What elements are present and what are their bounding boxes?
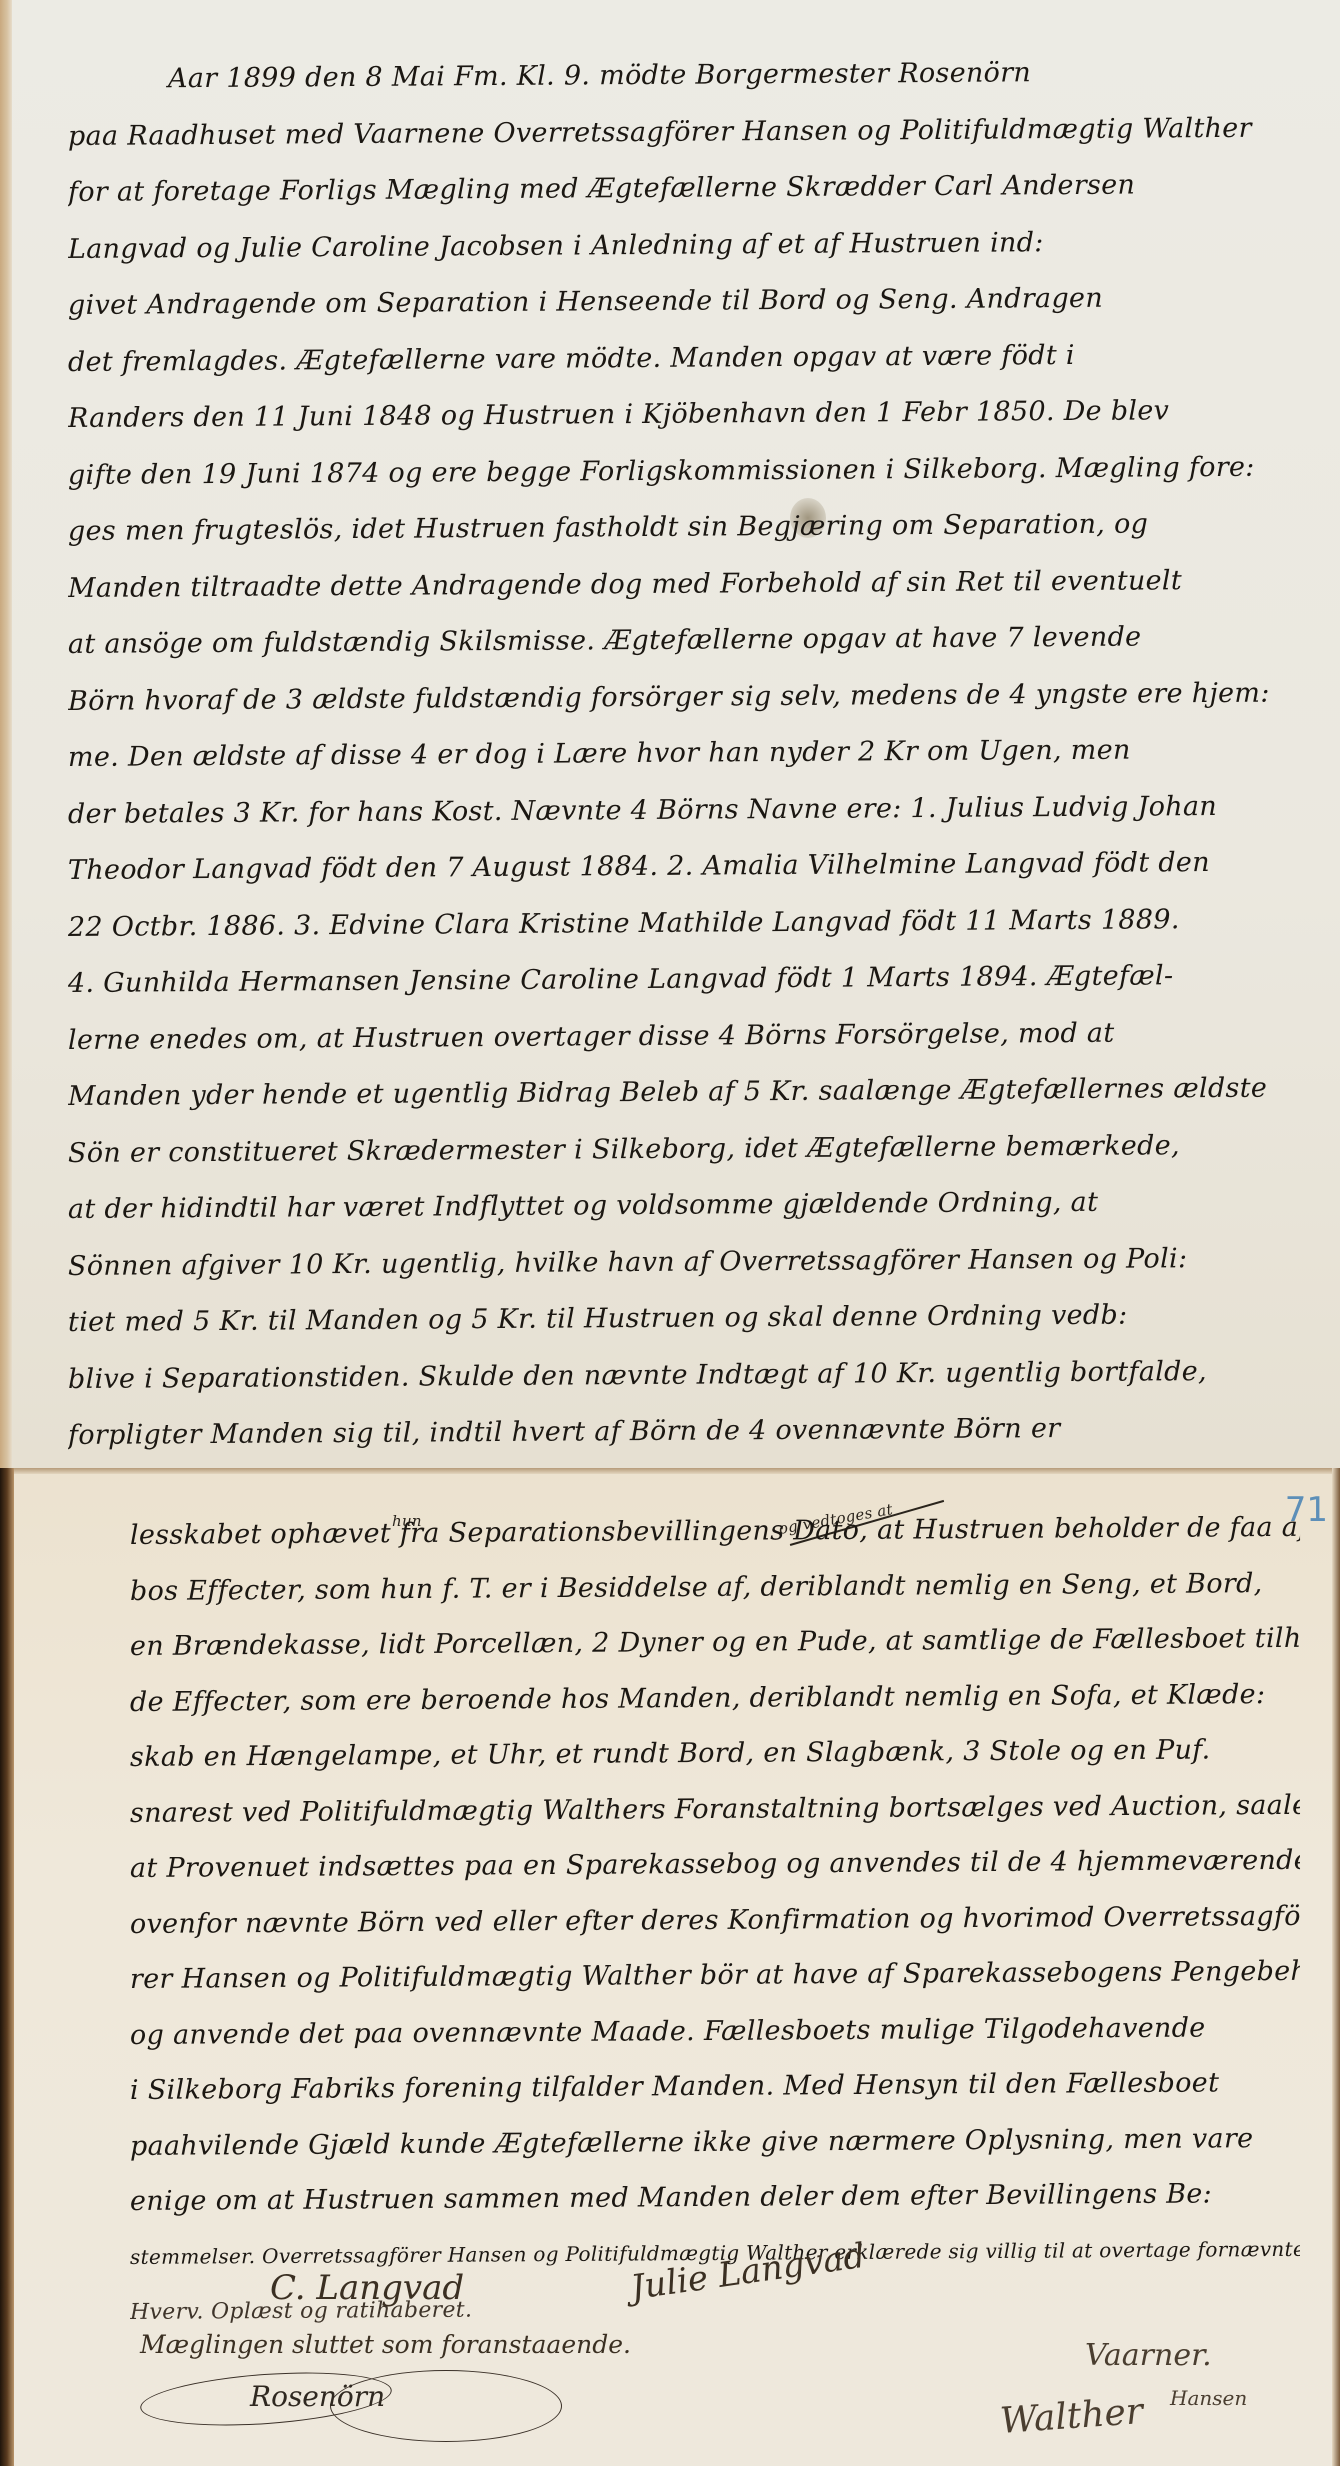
text-line: tiet med 5 Kr. til Manden og 5 Kr. til H… [68, 1287, 1280, 1352]
text-line: Sön er constitueret Skrædermester i Silk… [68, 1117, 1280, 1182]
text-line: Aar 1899 den 8 Mai Fm. Kl. 9. mödte Borg… [68, 44, 1280, 109]
handwritten-text-upper: Aar 1899 den 8 Mai Fm. Kl. 9. mödte Borg… [68, 52, 1280, 1468]
mediators-label: Vaarner. [1085, 2338, 1212, 2373]
text-line: snarest ved Politifuldmægtig Walthers Fo… [130, 1777, 1300, 1841]
text-line: Sönnen afgiver 10 Kr. ugentlig, hvilke h… [68, 1230, 1280, 1295]
text-line: en Brændekasse, lidt Porcellæn, 2 Dyner … [130, 1611, 1300, 1675]
text-line: at Provenuet indsættes paa en Sparekasse… [130, 1833, 1300, 1897]
signature-husband: C. Langvad [270, 2268, 464, 2308]
document-page-upper: Aar 1899 den 8 Mai Fm. Kl. 9. mödte Borg… [0, 0, 1340, 1468]
text-line: ovenfor nævnte Börn ved eller efter dere… [130, 1888, 1300, 1952]
text-line: skab en Hængelampe, et Uhr, et rundt Bor… [130, 1722, 1300, 1786]
text-line: bos Effecter, som hun f. T. er i Besidde… [130, 1555, 1300, 1619]
book-binding [0, 1468, 14, 2466]
text-line: Manden yder hende et ugentlig Bidrag Bel… [68, 1061, 1280, 1126]
signature-chair: Rosenörn [140, 2368, 570, 2448]
text-line: lerne enedes om, at Hustruen overtager d… [68, 1004, 1280, 1069]
text-line: 22 Octbr. 1886. 3. Edvine Clara Kristine… [68, 891, 1280, 956]
text-line: givet Andragende om Separation i Henseen… [68, 270, 1280, 335]
page-edge [1332, 1468, 1340, 2466]
text-line: og anvende det paa ovennævnte Maade. Fæl… [130, 1999, 1300, 2063]
text-line: at ansöge om fuldstændig Skilsmisse. Ægt… [68, 609, 1280, 674]
page-edge [0, 0, 12, 1468]
signature-chair-name: Rosenörn [250, 2380, 385, 2413]
text-line: Langvad og Julie Caroline Jacobsen i Anl… [68, 213, 1280, 278]
text-line: blive i Separationstiden. Skulde den næv… [68, 1343, 1280, 1408]
text-line: 4. Gunhilda Hermansen Jensine Caroline L… [68, 948, 1280, 1013]
text-line: Theodor Langvad födt den 7 August 1884. … [68, 835, 1280, 900]
text-line: lesskabet ophævet fra Separationsbevilli… [130, 1500, 1300, 1564]
text-line: ges men frugteslös, idet Hustruen fastho… [68, 496, 1280, 561]
text-line: det fremlagdes. Ægtefællerne vare mödte.… [68, 326, 1280, 391]
text-line: paahvilende Gjæld kunde Ægtefællerne ikk… [130, 2110, 1300, 2174]
text-line: me. Den ældste af disse 4 er dog i Lære … [68, 722, 1280, 787]
closing-statement: Mæglingen sluttet som foranstaaende. [140, 2330, 631, 2359]
page-edge [0, 1468, 1340, 1474]
signature-mediator-hansen: Hansen [1170, 2386, 1247, 2410]
handwritten-text-lower: hun og vedtoges at lesskabet ophævet fra… [130, 1508, 1300, 2341]
text-line: forpligter Manden sig til, indtil hvert … [68, 1400, 1280, 1465]
text-line: Randers den 11 Juni 1848 og Hustruen i K… [68, 383, 1280, 448]
text-line: Börn hvoraf de 3 ældste fuldstændig fors… [68, 665, 1280, 730]
text-line: gifte den 19 Juni 1874 og ere begge Forl… [68, 439, 1280, 504]
text-line: rer Hansen og Politifuldmægtig Walther b… [130, 1944, 1300, 2008]
text-line: for at foretage Forligs Mægling med Ægte… [68, 157, 1280, 222]
signature-mediator-walther: Walther [999, 2391, 1145, 2442]
text-line: paa Raadhuset med Vaarnene Overretssagfö… [68, 100, 1280, 165]
text-line: de Effecter, som ere beroende hos Manden… [130, 1666, 1300, 1730]
text-line: Manden tiltraadte dette Andragende dog m… [68, 552, 1280, 617]
text-line: der betales 3 Kr. for hans Kost. Nævnte … [68, 778, 1280, 843]
text-line: at der hidindtil har været Indflyttet og… [68, 1174, 1280, 1239]
text-line: enige om at Hustruen sammen med Manden d… [130, 2166, 1300, 2230]
text-line: i Silkeborg Fabriks forening tilfalder M… [130, 2055, 1300, 2119]
document-page-lower: 71 hun og vedtoges at lesskabet ophævet … [0, 1468, 1340, 2466]
